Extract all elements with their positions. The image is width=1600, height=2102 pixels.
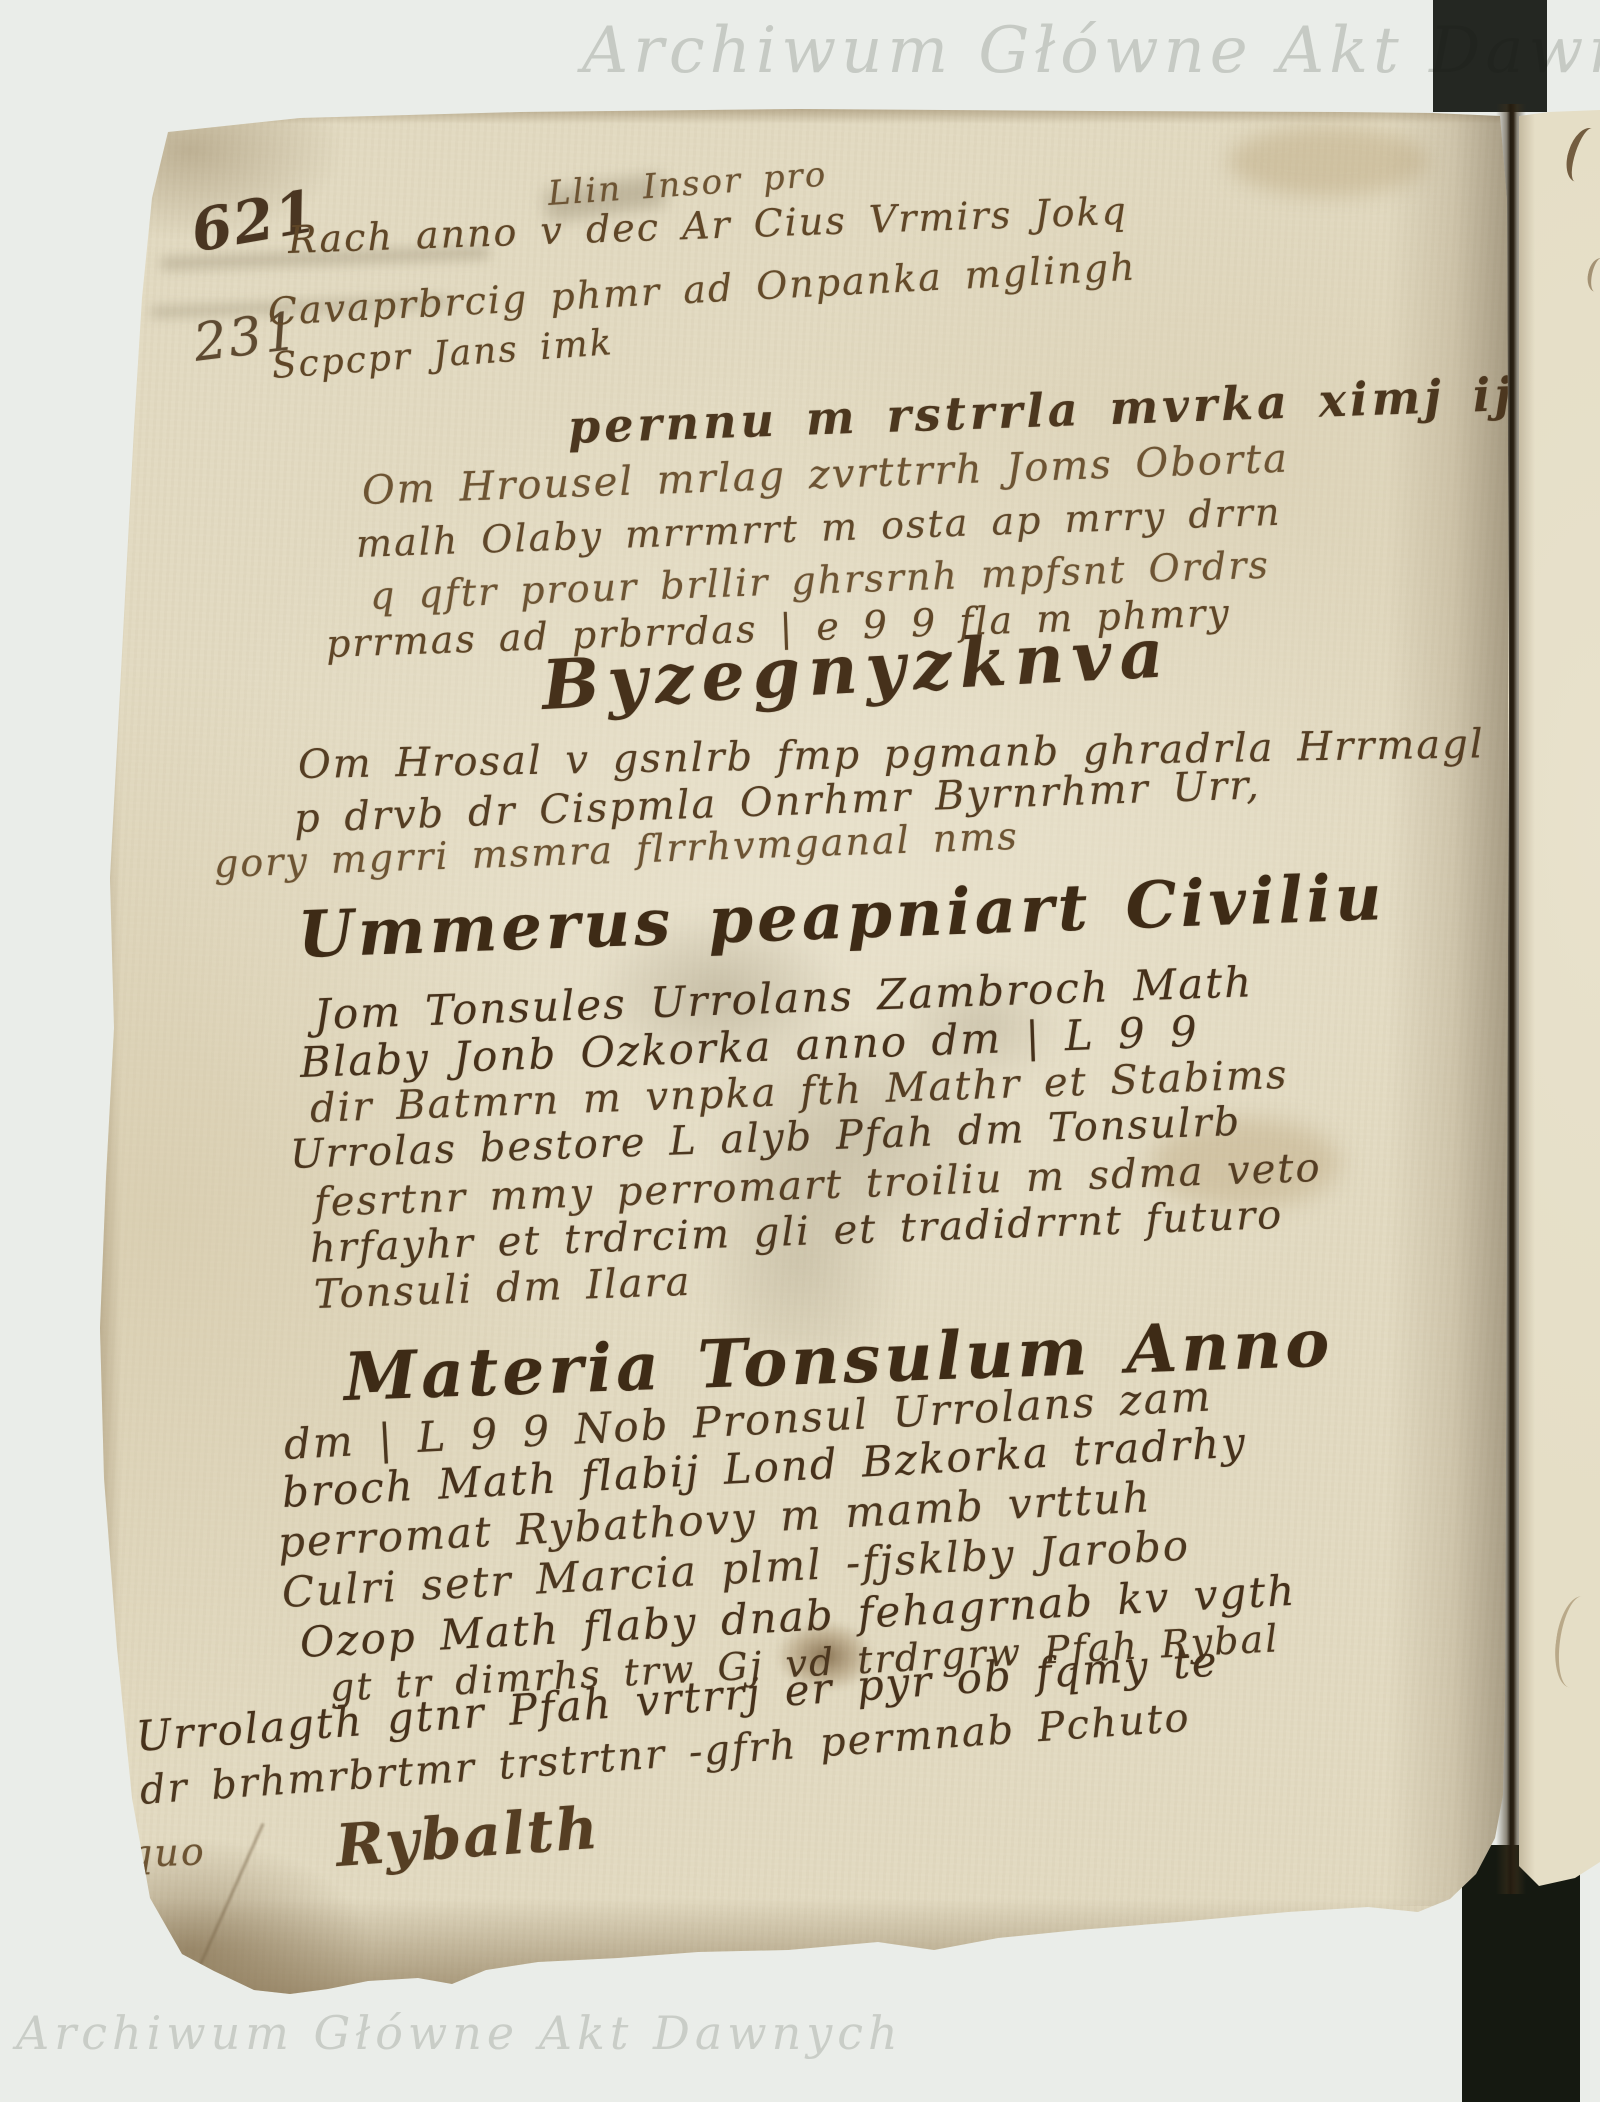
manuscript-page: 621 231 Llin Insor pro Rach anno v dec A… xyxy=(0,0,1600,2102)
facing-page-edge xyxy=(1519,110,1600,1890)
black-reference-bar-top xyxy=(1433,0,1547,112)
scan-background: { "watermarks": { "top": "Archiwum Główn… xyxy=(0,0,1600,2102)
facing-page-ink-mark xyxy=(1560,124,1600,189)
manuscript-line: quo xyxy=(127,1829,206,1876)
facing-page-ink-mark xyxy=(1585,256,1600,293)
paper-smudge xyxy=(1228,126,1428,196)
facing-page-ink-mark xyxy=(1550,1594,1600,1691)
manuscript-signature-rybalth: Rybalth xyxy=(334,1794,602,1880)
manuscript-line: Scpcpr Jans imk xyxy=(271,322,615,387)
archive-watermark-bottom: Archiwum Główne Akt Dawnych xyxy=(16,2006,903,2060)
